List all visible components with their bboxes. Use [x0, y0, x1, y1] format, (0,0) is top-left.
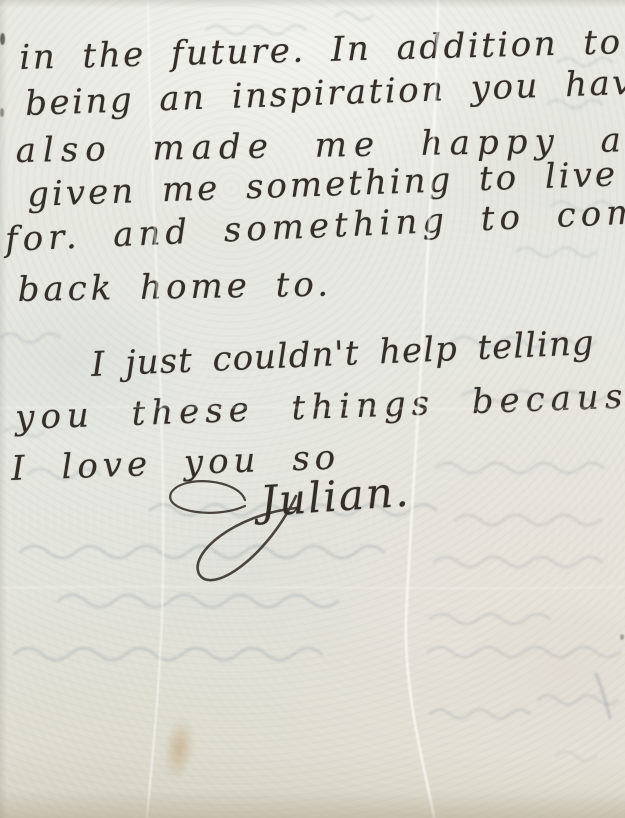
bleedthrough-stroke	[434, 557, 602, 567]
bleedthrough-stroke	[516, 248, 596, 257]
page-bottom-edge-shadow	[0, 790, 625, 818]
bleedthrough-stroke	[556, 752, 596, 761]
ink-flourish-oval	[170, 481, 245, 513]
signature: Julian.	[258, 467, 411, 528]
bleedthrough-stroke	[596, 674, 610, 718]
page-top-edge-shadow	[0, 0, 625, 8]
letter-page: in the future. In addition to being an i…	[0, 0, 625, 818]
bleedthrough-stroke	[436, 463, 604, 473]
bleedthrough-stroke	[58, 595, 338, 607]
bleedthrough-stroke	[14, 648, 322, 660]
crease-horizontal-2	[0, 587, 625, 589]
page-left-edge-shadow	[0, 0, 7, 818]
edge-speck	[620, 634, 624, 640]
bleedthrough-stroke	[538, 696, 618, 705]
bleedthrough-stroke	[336, 12, 372, 20]
bleedthrough-stroke	[0, 334, 60, 343]
bleedthrough-stroke	[20, 546, 384, 558]
edge-speck	[0, 108, 4, 117]
bleedthrough-stroke	[428, 647, 620, 657]
letter-line-7: I just couldn't help telling	[90, 323, 595, 386]
edge-speck	[0, 33, 5, 45]
bleedthrough-stroke	[430, 614, 550, 624]
bleedthrough-stroke	[430, 710, 530, 719]
bleedthrough-stroke	[456, 515, 600, 525]
paper-stain	[160, 714, 199, 784]
letter-line-6: back home to.	[17, 265, 332, 311]
